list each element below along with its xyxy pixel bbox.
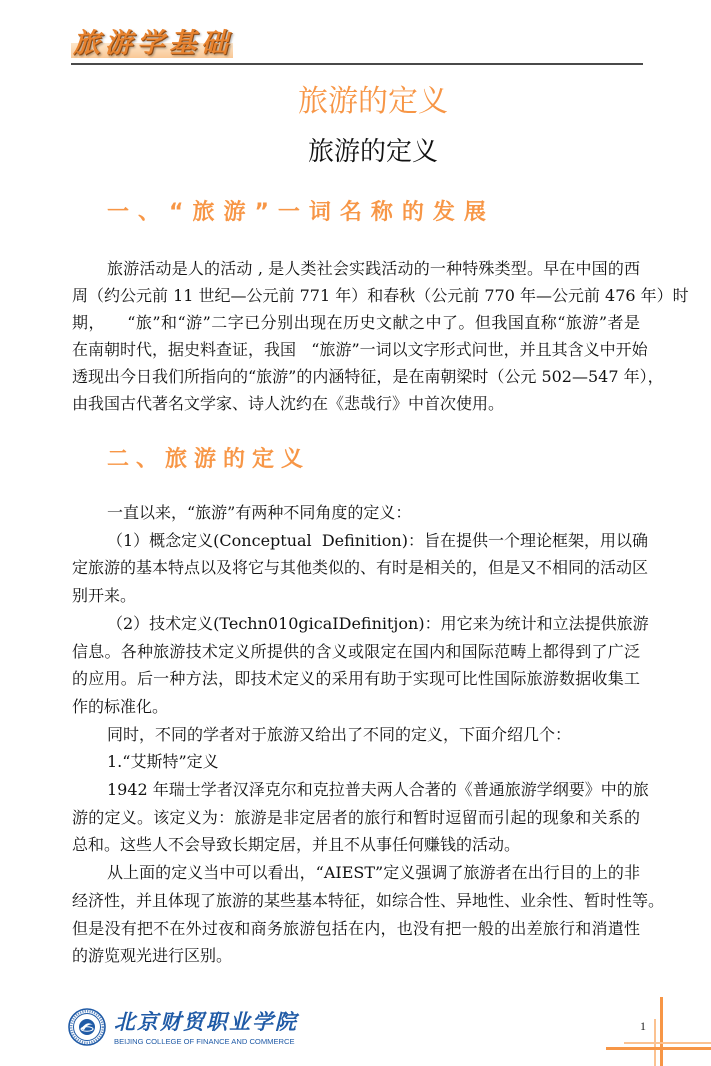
text-line: 定旅游的基本特点以及将它与其他类似的、有时是相关的，但是又不相同的活动区 [72, 554, 640, 582]
text-line: 在南朝时代，据史料查证，我国 “旅游”一词以文字形式问世，并且其含义中开始 [72, 336, 640, 363]
text-line: 总和。这些人不会导致长期定居，并且不从事任何赚钱的活动。 [72, 831, 640, 859]
header-banner: 旅游学基础 [71, 28, 233, 60]
footer-decoration-line [624, 1042, 711, 1044]
text-line: 但是没有把不在外过夜和商务旅游包括在内，也没有把一般的出差旅行和消遣性 [72, 915, 640, 943]
text-line: 1942 年瑞士学者汉泽克尔和克拉普夫两人合著的《普通旅游学纲要》中的旅 [72, 776, 640, 804]
text-line: 信息。各种旅游技术定义所提供的含义或限定在国内和国际范畴上都得到了广泛 [72, 638, 640, 666]
text-line: 的应用。后一种方法，即技术定义的采用有助于实现可比性国际旅游数据收集工 [72, 665, 640, 693]
section-1-paragraph: 旅游活动是人的活动 , 是人类社会实践活动的一种特殊类型。早在中国的西 周（约公… [72, 255, 640, 417]
college-seal-icon [68, 1008, 106, 1046]
text-line: 一直以来，“旅游”有两种不同角度的定义： [72, 499, 640, 527]
text-line: 由我国古代著名文学家、诗人沈约在《悲哉行》中首次使用。 [72, 390, 640, 417]
text-line: 同时，不同的学者对于旅游又给出了不同的定义，下面介绍几个： [72, 721, 640, 749]
text-line: 透现出今日我们所指向的“旅游”的内涵特征，是在南朝梁时（公元 502—547 年… [72, 363, 640, 390]
text-line: 经济性，并且体现了旅游的某些基本特征，如综合性、异地性、业余性、暂时性等。 [72, 887, 640, 915]
text-line: 别开来。 [72, 582, 640, 610]
header-divider [71, 63, 643, 65]
section-heading-2: 二、旅游的定义 [107, 446, 310, 474]
page-number: 1 [640, 1019, 646, 1033]
footer-decoration-line [660, 997, 663, 1066]
text-line: 周（约公元前 11 世纪—公元前 771 年）和春秋（公元前 770 年—公元前… [72, 282, 640, 309]
text-line: 期， “旅”和“游”二字已分别出现在历史文献之中了。但我国直称“旅游”者是 [72, 309, 640, 336]
text-line: （2）技术定义(Techn010gicaIDefinitjon)：用它来为统计和… [72, 610, 640, 638]
course-title: 旅游学基础 [73, 28, 233, 60]
text-line: 作的标准化。 [72, 693, 640, 721]
text-line: 旅游活动是人的活动 , 是人类社会实践活动的一种特殊类型。早在中国的西 [72, 255, 640, 282]
text-line: 1.“艾斯特”定义 [72, 748, 640, 776]
college-name-chinese: 北京财贸职业学院 [114, 1009, 298, 1035]
text-line: （1）概念定义(Conceptual Definition)：旨在提供一个理论框… [72, 527, 640, 555]
text-line: 游的定义。该定义为：旅游是非定居者的旅行和暂时逗留而引起的现象和关系的 [72, 804, 640, 832]
college-name-english: BEIJING COLLEGE OF FINANCE AND COMMERCE [114, 1037, 295, 1046]
text-line: 从上面的定义当中可以看出，“AIEST”定义强调了旅游者在出行目的上的非 [72, 859, 640, 887]
section-2-body: 一直以来，“旅游”有两种不同角度的定义： （1）概念定义(Conceptual … [72, 499, 640, 970]
section-heading-1: 一、“旅游”一词名称的发展 [107, 199, 495, 227]
page-title: 旅游的定义 [72, 85, 674, 119]
page-subtitle: 旅游的定义 [72, 137, 674, 167]
text-line: 的游览观光进行区别。 [72, 942, 640, 970]
footer-decoration-line [606, 1047, 711, 1050]
